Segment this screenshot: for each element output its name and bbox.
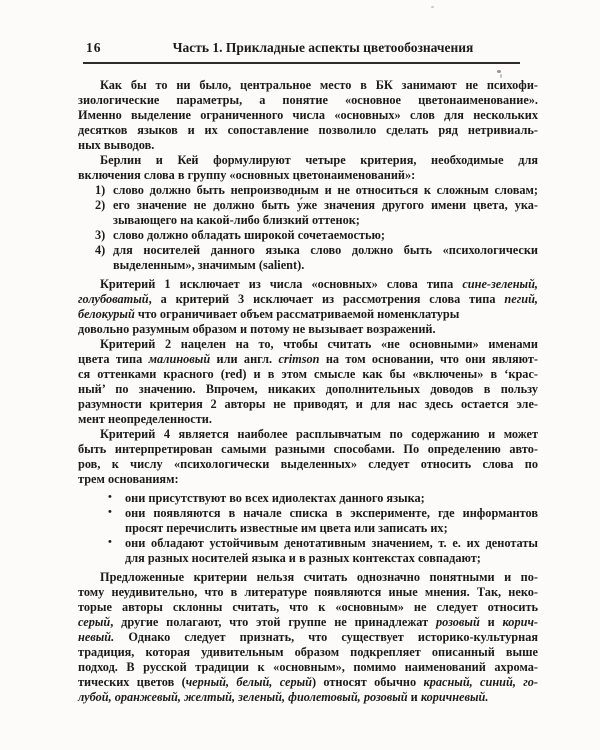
text-segment: Критерий 1 исключает из числа «основных»… xyxy=(100,277,462,291)
text-line: голубоватый, а критерий 3 исключает из р… xyxy=(78,292,538,307)
text-segment: , другие полагают, что этой группе не пр… xyxy=(110,615,436,629)
emphasized-term: серый xyxy=(78,615,110,629)
emphasized-term: голубоватый xyxy=(78,292,149,306)
text-segment: десятков языков и их сопоставление позво… xyxy=(78,123,538,137)
text-segment: выделенным», значимым (salient). xyxy=(113,258,304,272)
scan-artifact xyxy=(500,74,502,78)
bullet-marker: • xyxy=(108,490,112,505)
emphasized-term: crimson xyxy=(278,352,319,366)
emphasized-term: сине-зеленый, xyxy=(462,277,538,291)
numbered-list-line: 2)его значение не должно быть у́же значе… xyxy=(78,198,538,213)
text-segment: или англ. xyxy=(210,352,278,366)
text-segment: трем основаниям: xyxy=(78,472,179,486)
text-segment: Критерий 2 нацелен на то, чтобы считать … xyxy=(100,337,538,351)
bullet-list-line: •они обладают устойчивым денотативным зн… xyxy=(78,536,538,551)
scan-artifact xyxy=(431,6,434,8)
list-number: 4) xyxy=(95,243,105,258)
text-segment: просят перечислить известные им цвета ил… xyxy=(125,521,448,535)
text-line: Как бы то ни было, центральное место в Б… xyxy=(78,78,538,93)
text-segment: ный’ по значению. Впрочем, никаких допол… xyxy=(78,382,538,396)
text-line: просят перечислить известные им цвета ил… xyxy=(78,521,538,536)
text-line: довольно разумным образом и потому не вы… xyxy=(78,322,538,337)
text-line: выделенным», значимым (salient). xyxy=(78,258,538,273)
emphasized-term: коричневый. xyxy=(421,690,489,704)
text-line: зиологические параметры, а понятие «осно… xyxy=(78,93,538,108)
text-segment: на том основании, что они являют- xyxy=(319,352,538,366)
text-segment: что ограничивает объем рассматриваемой н… xyxy=(135,307,460,321)
text-line: лубой, оранжевый, желтый, зеленый, фиоле… xyxy=(78,690,538,705)
text-line: серый, другие полагают, что этой группе … xyxy=(78,615,538,630)
text-segment: зиологические параметры, а понятие «осно… xyxy=(78,93,538,107)
text-line: ров, к числу «психологически выделенных»… xyxy=(78,457,538,472)
text-line: Именно выделение ограниченного числа «ос… xyxy=(78,108,538,123)
text-line: Берлин и Кей формулируют четыре критерия… xyxy=(78,153,538,168)
text-segment: быть интерпретирован самыми разными спос… xyxy=(78,442,538,456)
text-segment: Предложенные критерии нельзя считать одн… xyxy=(100,570,538,584)
text-segment: цвета типа xyxy=(78,352,149,366)
list-number: 3) xyxy=(95,228,105,243)
text-line: Критерий 2 нацелен на то, чтобы считать … xyxy=(78,337,538,352)
text-segment: они присутствуют во всех идиолектах данн… xyxy=(125,491,425,505)
emphasized-term: пегий, xyxy=(504,292,538,306)
text-line: ся оттенками красного (red) и в этом смы… xyxy=(78,367,538,382)
emphasized-term: красный, синий, го- xyxy=(423,675,538,689)
text-segment: Критерий 4 является наиболее расплывчаты… xyxy=(100,427,538,441)
emphasized-term: лубой, оранжевый, желтый, зеленый, фиоле… xyxy=(78,690,408,704)
book-page: 16 Часть 1. Прикладные аспекты цветообоз… xyxy=(0,0,600,750)
running-header-title: Часть 1. Прикладные аспекты цветообознач… xyxy=(78,40,538,56)
bullet-marker: • xyxy=(108,535,112,550)
text-segment: слово должно быть непроизводным и не отн… xyxy=(113,183,538,197)
text-line: белокурый что ограничивает объем рассмат… xyxy=(78,307,538,322)
bullet-list-line: •они появляются в начале списка в экспер… xyxy=(78,506,538,521)
text-line: трем основаниям: xyxy=(78,472,538,487)
text-line: цвета типа малиновый или англ. crimson н… xyxy=(78,352,538,367)
text-segment: включения слова в группу «основных цвето… xyxy=(78,168,415,182)
text-line: тому неудивительно, что в литературе поя… xyxy=(78,585,538,600)
text-segment: для разных носителей языка и в разных ко… xyxy=(125,551,481,565)
text-segment: зывающего на какой-либо близкий оттенок; xyxy=(113,213,360,227)
text-segment: и xyxy=(480,615,503,629)
text-line: десятков языков и их сопоставление позво… xyxy=(78,123,538,138)
text-line: торые авторы склонны считать, что к «осн… xyxy=(78,600,538,615)
text-segment: мент неопределенности. xyxy=(78,412,212,426)
text-line: зывающего на какой-либо близкий оттенок; xyxy=(78,213,538,228)
text-line: ных выводов. xyxy=(78,138,538,153)
text-segment: они появляются в начале списка в экспери… xyxy=(125,506,538,520)
numbered-list-line: 3)слово должно обладать широкой сочетаем… xyxy=(78,228,538,243)
text-segment: Именно выделение ограниченного числа «ос… xyxy=(78,108,538,122)
text-segment: ров, к числу «психологически выделенных»… xyxy=(78,457,538,471)
text-segment: разумности критерия 2 авторы не приводят… xyxy=(78,397,538,411)
text-line: мент неопределенности. xyxy=(78,412,538,427)
emphasized-term: розовый xyxy=(436,615,480,629)
numbered-list-line: 1)слово должно быть непроизводным и не о… xyxy=(78,183,538,198)
text-segment: ся оттенками красного (red) и в этом смы… xyxy=(78,367,538,381)
text-segment: подход. В русской традиции к «основным»,… xyxy=(78,660,538,674)
text-segment: традиция, которая удивительным образом п… xyxy=(78,645,538,659)
text-segment: и xyxy=(408,690,421,704)
text-line: включения слова в группу «основных цвето… xyxy=(78,168,538,183)
text-segment: Берлин и Кей формулируют четыре критерия… xyxy=(100,153,538,167)
text-segment: ных выводов. xyxy=(78,138,154,152)
text-line: быть интерпретирован самыми разными спос… xyxy=(78,442,538,457)
text-line: Критерий 1 исключает из числа «основных»… xyxy=(78,277,538,292)
text-segment: тических цветов ( xyxy=(78,675,186,689)
emphasized-term: черный, белый, серый xyxy=(186,675,312,689)
text-segment: его значение не должно быть у́же значени… xyxy=(113,198,538,212)
text-line: невый. Однако следует признать, что суще… xyxy=(78,630,538,645)
numbered-list-line: 4)для носителей данного языка слово долж… xyxy=(78,243,538,258)
text-segment: довольно разумным образом и потому не вы… xyxy=(78,322,436,336)
emphasized-term: невый. xyxy=(78,630,114,644)
emphasized-term: корич- xyxy=(503,615,538,629)
bullet-list-line: •они присутствуют во всех идиолектах дан… xyxy=(78,491,538,506)
text-segment: Однако следует признать, что существует … xyxy=(114,630,538,644)
text-line: тических цветов (черный, белый, серый) о… xyxy=(78,675,538,690)
text-segment: слово должно обладать широкой сочетаемос… xyxy=(113,228,385,242)
text-line: ный’ по значению. Впрочем, никаких допол… xyxy=(78,382,538,397)
header-rule xyxy=(83,62,520,64)
text-line: для разных носителей языка и в разных ко… xyxy=(78,551,538,566)
emphasized-term: белокурый xyxy=(78,307,135,321)
emphasized-term: малиновый xyxy=(149,352,211,366)
text-segment: они обладают устойчивым денотативным зна… xyxy=(125,536,538,550)
text-line: подход. В русской традиции к «основным»,… xyxy=(78,660,538,675)
body-text: Как бы то ни было, центральное место в Б… xyxy=(78,78,538,705)
page-number: 16 xyxy=(86,40,102,56)
bullet-marker: • xyxy=(108,505,112,520)
text-segment: , а критерий 3 исключает из рассмотрения… xyxy=(149,292,505,306)
text-segment: ) относят обычно xyxy=(312,675,424,689)
text-line: разумности критерия 2 авторы не приводят… xyxy=(78,397,538,412)
text-segment: для носителей данного языка слово должно… xyxy=(113,243,538,257)
text-segment: тому неудивительно, что в литературе поя… xyxy=(78,585,538,599)
list-number: 2) xyxy=(95,198,105,213)
text-line: Предложенные критерии нельзя считать одн… xyxy=(78,570,538,585)
text-segment: Как бы то ни было, центральное место в Б… xyxy=(100,78,538,92)
text-line: Критерий 4 является наиболее расплывчаты… xyxy=(78,427,538,442)
list-number: 1) xyxy=(95,183,105,198)
text-line: традиция, которая удивительным образом п… xyxy=(78,645,538,660)
text-segment: торые авторы склонны считать, что к «осн… xyxy=(78,600,538,614)
running-header: 16 Часть 1. Прикладные аспекты цветообоз… xyxy=(78,40,538,56)
scan-artifact xyxy=(497,70,501,73)
